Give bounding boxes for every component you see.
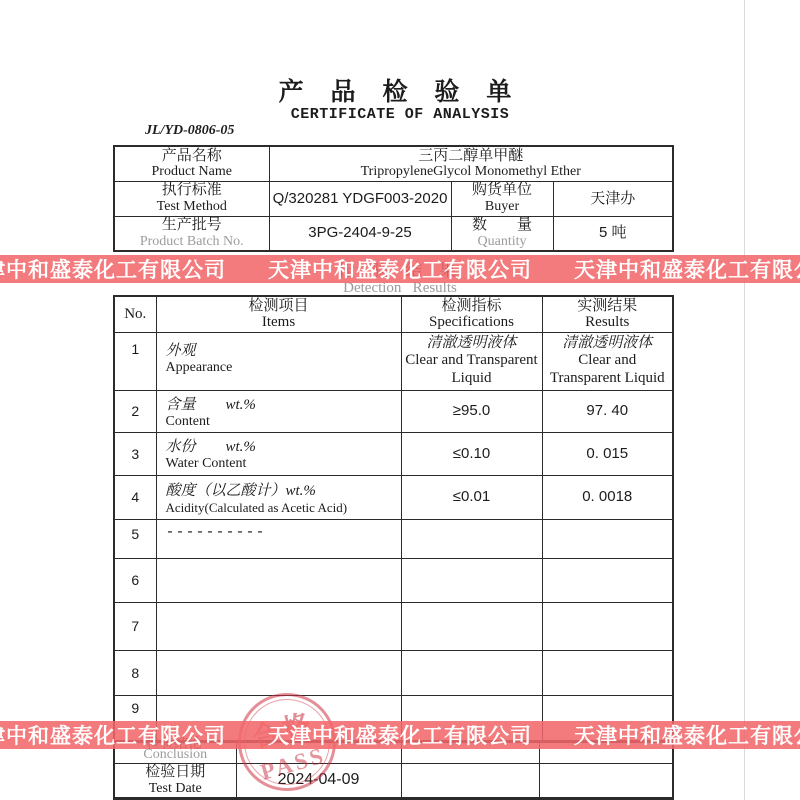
- label-cn: 数 量: [452, 217, 553, 234]
- table-row: 执行标准 Test Method Q/320281 YDGF003-2020 购…: [114, 181, 673, 216]
- value: 天津办: [590, 190, 635, 207]
- row-spec: 清澈透明液体 Clear and Transparent Liquid: [401, 332, 542, 390]
- watermark-text: 天津中和盛泰化工有限公司: [0, 255, 226, 283]
- label-en: Product Batch No.: [115, 234, 269, 250]
- table-row: 5 ----------: [114, 519, 673, 558]
- watermark-text: 天津中和盛泰化工有限公司: [268, 255, 532, 283]
- document-title-en: CERTIFICATE OF ANALYSIS: [0, 106, 800, 123]
- header-label: No.: [115, 306, 156, 323]
- certificate-page: 产 品 检 验 单 CERTIFICATE OF ANALYSIS JL/YD-…: [0, 0, 800, 800]
- test-date-cell-2: [401, 763, 539, 798]
- table-row: 3 水份 wt.% Water Content ≤0.10 0. 015: [114, 432, 673, 475]
- col-header-results: 实测结果 Results: [542, 296, 673, 332]
- label-cn: 生产批号: [115, 217, 269, 234]
- table-row: 7: [114, 602, 673, 650]
- row-no: 3: [114, 432, 156, 475]
- test-date-cell-3: [539, 763, 673, 798]
- table-row: 生产批号 Product Batch No. 3PG-2404-9-25 数 量…: [114, 216, 673, 251]
- product-name-value: 三丙二醇单甲醚 TripropyleneGlycol Monomethyl Et…: [269, 146, 673, 181]
- row-item: [156, 602, 401, 650]
- value-en: TripropyleneGlycol Monomethyl Ether: [270, 164, 673, 180]
- row-result: [542, 650, 673, 695]
- value-cn: 三丙二醇单甲醚: [270, 148, 673, 165]
- document-number: JL/YD-0806-05: [145, 123, 234, 139]
- row-spec: ≤0.10: [401, 432, 542, 475]
- table-row: 产品名称 Product Name 三丙二醇单甲醚 TripropyleneGl…: [114, 146, 673, 181]
- spec-cn: 清澈透明液体: [402, 335, 542, 352]
- value: 5 吨: [599, 224, 627, 241]
- row-item: [156, 650, 401, 695]
- row-result: 0. 015: [542, 432, 673, 475]
- spec-en: Clear and Transparent Liquid: [402, 352, 542, 387]
- table-header-row: No. 检测项目 Items 检测指标 Specifications 实测结果 …: [114, 296, 673, 332]
- label-en: Quantity: [452, 234, 553, 250]
- row-result: 97. 40: [542, 390, 673, 432]
- row-no: 4: [114, 475, 156, 519]
- row-result: 0. 0018: [542, 475, 673, 519]
- header-label-cn: 实测结果: [543, 297, 673, 314]
- row-result: [542, 558, 673, 602]
- result-cn: 清澈透明液体: [543, 335, 673, 352]
- label-en: Product Name: [115, 164, 269, 180]
- table-row: 1 外观 Appearance 清澈透明液体 Clear and Transpa…: [114, 332, 673, 390]
- watermark-text: 天津中和盛泰化工有限公司: [268, 721, 532, 749]
- watermark-text: 天津中和盛泰化工有限公司: [0, 721, 226, 749]
- table-row: 8: [114, 650, 673, 695]
- item-cn: 外观: [166, 339, 401, 360]
- header-label-cn: 检测项目: [157, 297, 401, 314]
- item-en: Appearance: [166, 360, 401, 376]
- product-name-label: 产品名称 Product Name: [114, 146, 269, 181]
- row-result: 清澈透明液体 Clear and Transparent Liquid: [542, 332, 673, 390]
- row-item: 水份 wt.% Water Content: [156, 432, 401, 475]
- row-item: ----------: [156, 519, 401, 558]
- item-cn: 酸度（以乙酸计）wt.%: [166, 479, 401, 500]
- label-en: Buyer: [452, 199, 553, 215]
- quantity-value: 5 吨: [553, 216, 673, 251]
- col-header-specifications: 检测指标 Specifications: [401, 296, 542, 332]
- item-en: Content: [166, 414, 401, 430]
- value: 3PG-2404-9-25: [308, 224, 411, 241]
- watermark-text: 天津中和盛泰化工有限公司: [574, 255, 800, 283]
- test-date-label-cell: 检验日期 Test Date: [114, 763, 236, 798]
- watermark-text: 天津中和盛泰化工有限公司: [574, 721, 800, 749]
- quantity-label: 数 量 Quantity: [451, 216, 553, 251]
- row-spec: [401, 519, 542, 558]
- row-no: 8: [114, 650, 156, 695]
- test-date-row: 检验日期 Test Date 2024-04-09: [114, 763, 673, 798]
- table-row: 2 含量 wt.% Content ≥95.0 97. 40: [114, 390, 673, 432]
- header-label-en: Items: [157, 314, 401, 331]
- batch-value: 3PG-2404-9-25: [269, 216, 451, 251]
- row-no: 1: [114, 332, 156, 390]
- row-spec: [401, 558, 542, 602]
- item-cn: 水份 wt.%: [166, 435, 401, 456]
- row-no: 5: [114, 519, 156, 558]
- row-spec: ≥95.0: [401, 390, 542, 432]
- watermark-band-top: 天津中和盛泰化工有限公司 天津中和盛泰化工有限公司 天津中和盛泰化工有限公司: [0, 255, 800, 283]
- row-no: 2: [114, 390, 156, 432]
- row-no: 6: [114, 558, 156, 602]
- label-cn: 产品名称: [115, 148, 269, 165]
- row-no: 7: [114, 602, 156, 650]
- product-info-table: 产品名称 Product Name 三丙二醇单甲醚 TripropyleneGl…: [113, 145, 674, 252]
- header-label-en: Results: [543, 314, 673, 331]
- table-row: 6: [114, 558, 673, 602]
- row-result: [542, 602, 673, 650]
- row-item: 含量 wt.% Content: [156, 390, 401, 432]
- header-label-en: Specifications: [402, 314, 542, 331]
- test-method-label: 执行标准 Test Method: [114, 181, 269, 216]
- label-cn: 购货单位: [452, 182, 553, 199]
- value: Q/320281 YDGF003-2020: [273, 190, 448, 207]
- item-cn: 含量 wt.%: [166, 393, 401, 414]
- header-label-cn: 检测指标: [402, 297, 542, 314]
- row-spec: [401, 602, 542, 650]
- item-placeholder-dashes: ----------: [166, 524, 401, 541]
- item-en: Acidity(Calculated as Acetic Acid): [166, 500, 401, 516]
- row-item: 酸度（以乙酸计）wt.% Acidity(Calculated as Aceti…: [156, 475, 401, 519]
- buyer-value: 天津办: [553, 181, 673, 216]
- buyer-label: 购货单位 Buyer: [451, 181, 553, 216]
- col-header-items: 检测项目 Items: [156, 296, 401, 332]
- item-en: Water Content: [166, 456, 401, 472]
- watermark-band-bottom: 天津中和盛泰化工有限公司 天津中和盛泰化工有限公司 天津中和盛泰化工有限公司: [0, 721, 800, 749]
- row-result: [542, 519, 673, 558]
- row-spec: [401, 650, 542, 695]
- detection-results-table: No. 检测项目 Items 检测指标 Specifications 实测结果 …: [113, 295, 674, 743]
- document-title-cn: 产 品 检 验 单: [0, 72, 800, 108]
- row-item: 外观 Appearance: [156, 332, 401, 390]
- row-item: [156, 558, 401, 602]
- batch-label: 生产批号 Product Batch No.: [114, 216, 269, 251]
- result-en: Clear and Transparent Liquid: [543, 352, 673, 387]
- test-method-value: Q/320281 YDGF003-2020: [269, 181, 451, 216]
- label-cn: 执行标准: [115, 182, 269, 199]
- test-date-label-cn: 检验日期: [115, 764, 236, 781]
- test-date-label-en: Test Date: [115, 781, 236, 796]
- col-header-no: No.: [114, 296, 156, 332]
- row-spec: ≤0.01: [401, 475, 542, 519]
- label-en: Test Method: [115, 199, 269, 215]
- table-row: 4 酸度（以乙酸计）wt.% Acidity(Calculated as Ace…: [114, 475, 673, 519]
- conclusion-label-en: Conclusion: [115, 747, 236, 762]
